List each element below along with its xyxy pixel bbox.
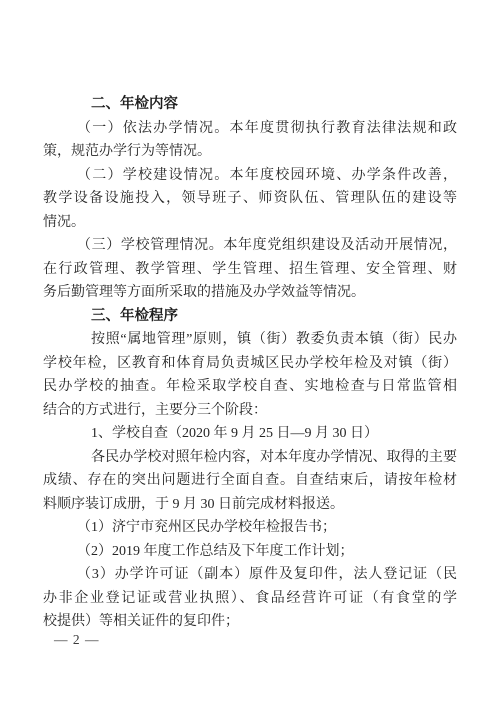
paragraph: （2）2019 年度工作总结及下年度工作计划；	[43, 540, 457, 564]
paragraph: （1）济宁市兖州区民办学校年检报告书；	[43, 516, 457, 540]
text-line: （三）学校管理情况。本年度党组织建设及活动开展情况，	[43, 234, 457, 258]
text-line: （二）学校建设情况。本年度校园环境、办学条件改善，	[43, 164, 457, 188]
paragraph: （二）学校建设情况。本年度校园环境、办学条件改善，教学设备设施投入，领导班子、师…	[43, 164, 457, 235]
text-line: 二、年检内容	[43, 93, 457, 117]
text-line: 结合的方式进行，主要分三个阶段：	[43, 399, 457, 423]
text-line: 校提供）等相关证件的复印件；	[43, 610, 457, 634]
paragraph: （3）办学许可证（副本）原件及复印件，法人登记证（民办非企业登记证或营业执照）、…	[43, 563, 457, 634]
paragraph: （三）学校管理情况。本年度党组织建设及活动开展情况，在行政管理、教学管理、学生管…	[43, 234, 457, 305]
text-line: 学校年检，区教育和体育局负责城区民办学校年检及对镇（街）	[43, 352, 457, 376]
paragraph: 三、年检程序	[43, 305, 457, 329]
paragraph: 1、学校自查（2020 年 9 月 25 日—9 月 30 日）	[43, 422, 457, 446]
paragraph: （一）依法办学情况。本年度贯彻执行教育法律法规和政策，规范办学行为等情况。	[43, 117, 457, 164]
text-line: 民办学校的抽查。年检采取学校自查、实地检查与日常监管相	[43, 375, 457, 399]
text-line: 1、学校自查（2020 年 9 月 25 日—9 月 30 日）	[43, 422, 457, 446]
text-line: 料顺序装订成册，于 9 月 30 日前完成材料报送。	[43, 493, 457, 517]
text-line: 在行政管理、教学管理、学生管理、招生管理、安全管理、财	[43, 258, 457, 282]
paragraph: 各民办学校对照年检内容，对本年度办学情况、取得的主要成绩、存在的突出问题进行全面…	[43, 446, 457, 517]
paragraph: 二、年检内容	[43, 93, 457, 117]
text-line: 成绩、存在的突出问题进行全面自查。自查结束后，请按年检材	[43, 469, 457, 493]
text-line: 务后勤管理等方面所采取的措施及办学效益等情况。	[43, 281, 457, 305]
text-line: 各民办学校对照年检内容，对本年度办学情况、取得的主要	[43, 446, 457, 470]
text-line: 三、年检程序	[43, 305, 457, 329]
document-body: 二、年检内容（一）依法办学情况。本年度贯彻执行教育法律法规和政策，规范办学行为等…	[43, 93, 457, 634]
text-line: 教学设备设施投入，领导班子、师资队伍、管理队伍的建设等	[43, 187, 457, 211]
text-line: 办非企业登记证或营业执照）、食品经营许可证（有食堂的学	[43, 587, 457, 611]
text-line: 按照“属地管理”原则，镇（街）教委负责本镇（街）民办	[43, 328, 457, 352]
text-line: （一）依法办学情况。本年度贯彻执行教育法律法规和政	[43, 117, 457, 141]
text-line: （1）济宁市兖州区民办学校年检报告书；	[43, 516, 457, 540]
text-line: （2）2019 年度工作总结及下年度工作计划；	[43, 540, 457, 564]
document-page: 二、年检内容（一）依法办学情况。本年度贯彻执行教育法律法规和政策，规范办学行为等…	[0, 0, 500, 707]
text-line: 情况。	[43, 211, 457, 235]
text-line: （3）办学许可证（副本）原件及复印件，法人登记证（民	[43, 563, 457, 587]
paragraph: 按照“属地管理”原则，镇（街）教委负责本镇（街）民办学校年检，区教育和体育局负责…	[43, 328, 457, 422]
page-number: — 2 —	[54, 632, 100, 648]
text-line: 策，规范办学行为等情况。	[43, 140, 457, 164]
